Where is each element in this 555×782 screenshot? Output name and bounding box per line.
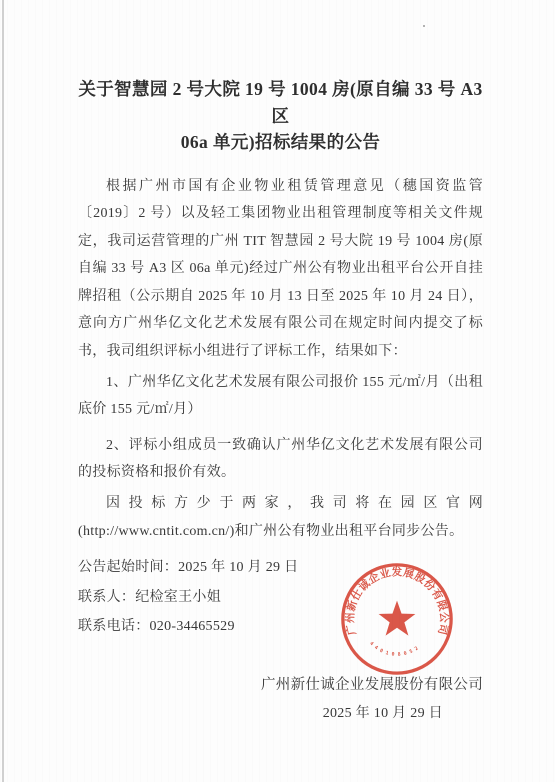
paragraph-basis: 根据广州市国有企业物业租赁管理意见（穗国资监管〔2019〕2 号）以及轻工集团物… <box>78 173 483 366</box>
announcement-document: 关于智慧园 2 号大院 19 号 1004 房(原自编 33 号 A3 区 06… <box>0 76 555 729</box>
scan-speck <box>423 25 425 27</box>
paragraph-publication-note: 因投标方少于两家，我司将在园区官网(http://www.cntit.com.c… <box>78 490 483 545</box>
contact-phone: 联系电话：020-34465529 <box>78 612 483 641</box>
document-title-line-1: 关于智慧园 2 号大院 19 号 1004 房(原自编 33 号 A3 区 <box>78 76 483 129</box>
document-title-line-2: 06a 单元)招标结果的公告 <box>78 129 483 156</box>
signature-company-name: 广州新仕诚企业发展股份有限公司 <box>78 672 483 699</box>
document-body: 根据广州市国有企业物业租赁管理意见（穗国资监管〔2019〕2 号）以及轻工集团物… <box>78 173 483 546</box>
contact-info-block: 公告起始时间：2025 年 10 月 29 日 联系人：纪检室王小姐 联系电话：… <box>78 553 483 641</box>
contact-person: 联系人：纪检室王小姐 <box>78 583 483 612</box>
paragraph-bid-result-1: 1、广州华亿文化艺术发展有限公司报价 155 元/㎡/月（出租底价 155 元/… <box>78 369 483 424</box>
signature-date: 2025 年 10 月 29 日 <box>78 699 483 729</box>
announcement-start-time: 公告起始时间：2025 年 10 月 29 日 <box>78 553 483 582</box>
paragraph-bid-result-2: 2、评标小组成员一致确认广州华亿文化艺术发展有限公司的投标资格和报价有效。 <box>78 432 483 487</box>
document-title: 关于智慧园 2 号大院 19 号 1004 房(原自编 33 号 A3 区 06… <box>78 76 483 156</box>
signature-block: 广州新仕诚企业发展股份有限公司 2025 年 10 月 29 日 <box>78 672 483 729</box>
